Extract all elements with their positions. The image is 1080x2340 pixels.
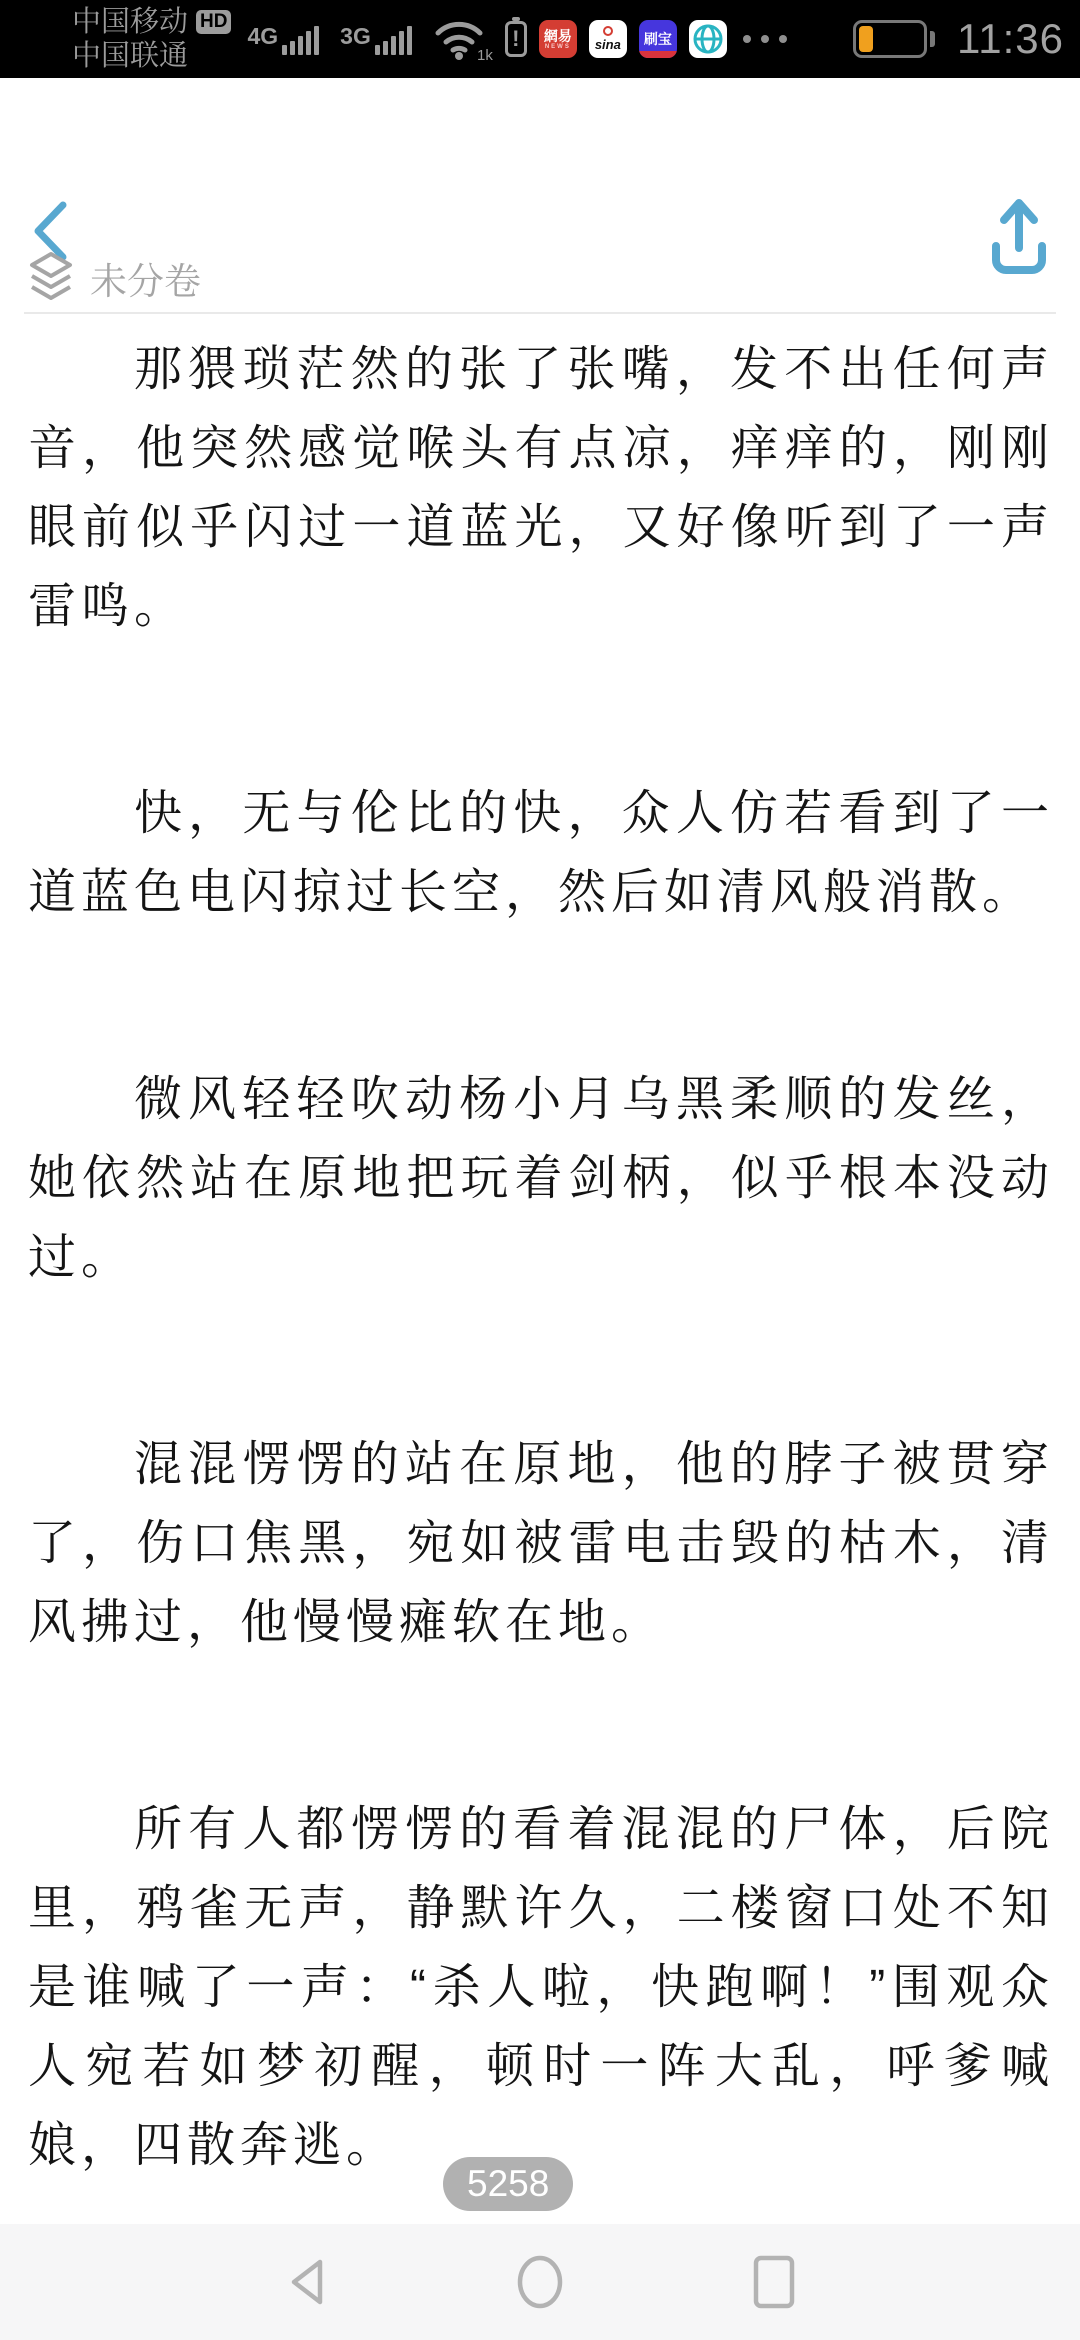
layers-icon (28, 250, 74, 306)
back-triangle-icon (284, 2255, 328, 2309)
nav-home-button[interactable] (516, 2254, 564, 2310)
network-type-secondary: 3G (340, 23, 371, 50)
wifi-indicator: 1k (433, 18, 485, 60)
reader-screen: 中国移动 HD 中国联通 4G 3G (0, 0, 1080, 2340)
signal-bars-icon (282, 23, 324, 55)
sina-news-icon: sina (589, 20, 627, 58)
shuabao-icon: 刷宝 (639, 20, 677, 58)
globe-browser-icon (689, 20, 727, 58)
signal-primary: 4G (247, 23, 324, 55)
recents-square-icon (752, 2254, 796, 2310)
signal-secondary: 3G (340, 23, 417, 55)
paragraph: 快，无与伦比的快，众人仿若看到了一道蓝色电闪掠过长空，然后如清风般消散。 (28, 774, 1054, 932)
paragraph: 那猥琐茫然的张了张嘴，发不出任何声音，他突然感觉喉头有点凉，痒痒的，刚刚眼前似乎… (28, 330, 1054, 646)
carrier-info: 中国移动 HD 中国联通 (72, 5, 231, 73)
chapter-title-row[interactable]: 未分卷 (28, 250, 201, 306)
paragraph: 微风轻轻吹动杨小月乌黑柔顺的发丝，她依然站在原地把玩着剑柄，似乎根本没动过。 (28, 1060, 1054, 1297)
hd-badge: HD (196, 10, 231, 34)
battery-icon (853, 20, 935, 58)
netease-news-icon: 網易 NEWS (539, 20, 577, 58)
wifi-speed-label: 1k (477, 47, 493, 64)
android-nav-bar (0, 2224, 1080, 2340)
word-count-badge: 5258 (443, 2157, 573, 2211)
status-bar: 中国移动 HD 中国联通 4G 3G (0, 0, 1080, 78)
paragraph: 所有人都愣愣的看着混混的尸体，后院里，鸦雀无声，静默许久，二楼窗口处不知是谁喊了… (28, 1790, 1054, 2185)
network-type-primary: 4G (247, 23, 278, 50)
clock: 11:36 (957, 15, 1064, 63)
share-button[interactable] (988, 192, 1050, 276)
carrier-secondary-label: 中国联通 (72, 39, 188, 73)
home-circle-icon (516, 2254, 564, 2310)
paragraph: 混混愣愣的站在原地，他的脖子被贯穿了，伤口焦黑，宛如被雷电击毁的枯木，清风拂过，… (28, 1425, 1054, 1662)
share-upload-icon (988, 192, 1050, 276)
signal-bars-icon (375, 23, 417, 55)
reader-toolbar: 未分卷 (0, 78, 1080, 312)
reading-area[interactable]: 那猥琐茫然的张了张嘴，发不出任何声音，他突然感觉喉头有点凉，痒痒的，刚刚眼前似乎… (0, 314, 1080, 2185)
carrier-primary-label: 中国移动 (72, 5, 188, 39)
chapter-title: 未分卷 (90, 251, 201, 305)
battery-alert-icon: ! (505, 21, 527, 57)
nav-recents-button[interactable] (750, 2254, 798, 2310)
battery-fill (859, 26, 873, 52)
nav-back-button[interactable] (282, 2254, 330, 2310)
more-notifications-icon (743, 35, 787, 43)
